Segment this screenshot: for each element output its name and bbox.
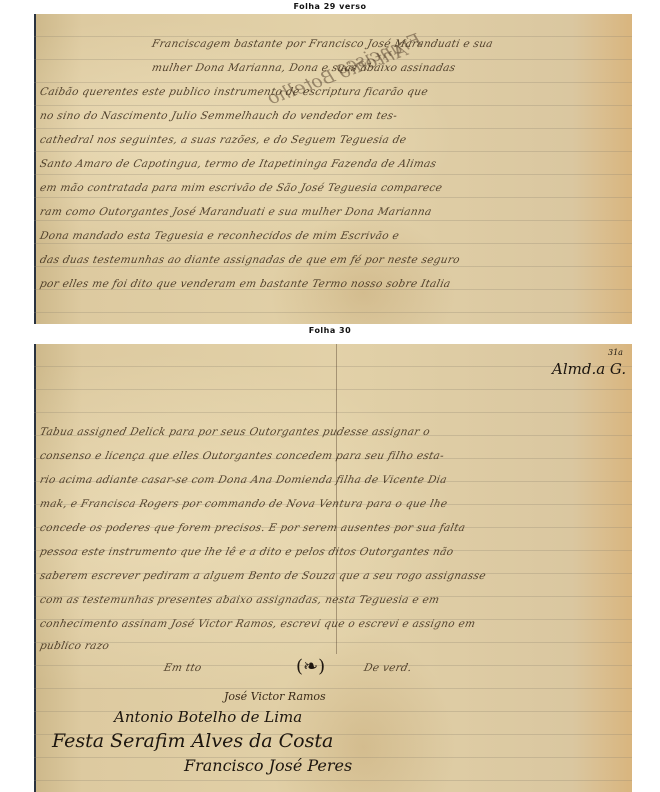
manuscript-line: com as testemunhas presentes abaixo assi… xyxy=(39,594,441,606)
manuscript-line: mulher Dona Marianna, Dona e suas abaixo… xyxy=(151,62,457,74)
caption-folha-30: Folha 30 xyxy=(0,326,660,335)
manuscript-line: ram como Outorgantes José Maranduati e s… xyxy=(39,206,433,218)
manuscript-line: por elles me foi dito que venderam em ba… xyxy=(39,278,452,290)
manuscript-line: em mão contratada para mim escrivão de S… xyxy=(39,182,444,194)
manuscript-line: Dona mandado esta Teguesia e reconhecido… xyxy=(39,230,401,242)
manuscript-line: Santo Amaro de Capotingua, termo de Itap… xyxy=(39,158,438,170)
signature: José Victor Ramos xyxy=(224,690,326,703)
closing-left: Em tto xyxy=(163,662,203,674)
manuscript-line: rio acima adiante casar-se com Dona Ana … xyxy=(39,474,448,486)
manuscript-line: no sino do Nascimento Julio Semmelhauch … xyxy=(39,110,399,122)
manuscript-line: mak, e Francisca Rogers por commando de … xyxy=(39,498,449,510)
manuscript-page-folha-29-verso: Antonio Botelho Francisco Franciscagem b… xyxy=(34,14,632,324)
manuscript-line: consenso e licença que elles Outorgantes… xyxy=(39,450,446,462)
caption-folha-29-verso: Folha 29 verso xyxy=(0,2,660,11)
manuscript-line: conhecimento assinam José Victor Ramos, … xyxy=(39,618,477,630)
manuscript-line: das duas testemunhas ao diante assignada… xyxy=(39,254,461,266)
manuscript-line: publico razo xyxy=(39,640,111,652)
signature: Festa Serafim Alves da Costa xyxy=(52,730,333,752)
signature: Antonio Botelho de Lima xyxy=(114,708,302,726)
manuscript-line: Tabua assigned Delick para por seus Outo… xyxy=(39,426,431,438)
manuscript-page-folha-30: Almd.a G. 31a Tabua assigned Delick para… xyxy=(34,344,632,792)
manuscript-line: pessoa este instrumento que lhe lê e a d… xyxy=(39,546,455,558)
marginal-note: Almd.a G. xyxy=(552,360,626,378)
signature: Francisco José Peres xyxy=(184,756,352,775)
manuscript-line: Caibão querentes este publico instrument… xyxy=(39,86,429,98)
manuscript-line: concede os poderes que forem precisos. E… xyxy=(39,522,467,534)
closing-right: De verd. xyxy=(363,662,413,674)
flourish-ornament: (❧) xyxy=(296,656,325,677)
manuscript-line: Franciscagem bastante por Francisco José… xyxy=(151,38,494,50)
marginal-number: 31a xyxy=(608,348,623,357)
manuscript-line: saberem escrever pediram a alguem Bento … xyxy=(39,570,487,582)
manuscript-line: cathedral nos seguintes, a suas razões, … xyxy=(39,134,408,146)
